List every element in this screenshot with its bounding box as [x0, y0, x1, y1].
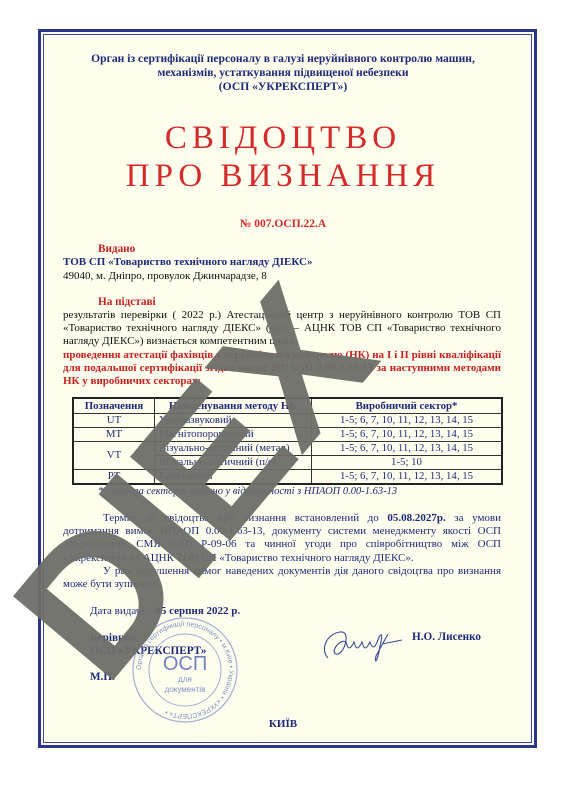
issued-label: Видано	[98, 243, 135, 255]
issued-address: 49040, м. Дніпро, провулок Джинчарадзе, …	[63, 270, 267, 283]
row-code: UT	[73, 414, 155, 428]
city: КИЇВ	[0, 718, 566, 730]
basis-scope: проведення атестації фахівців з неруйнів…	[63, 349, 501, 389]
issued-company: ТОВ СП «Товариство технічного нагляду ДІ…	[63, 256, 312, 269]
row-method: Візуально-оптичний (п/е)	[155, 456, 312, 470]
seal-label: М.П.	[90, 671, 115, 683]
basis-label: На підставі	[98, 296, 156, 308]
issuer-line-2: механізмів, устаткування підвищеної небе…	[40, 66, 526, 80]
row-method: Капілярний	[155, 470, 312, 485]
row-sectors: 1-5; 10	[312, 456, 503, 470]
certificate-title-line-2: ПРО ВИЗНАННЯ	[40, 158, 526, 194]
official-stamp: Орган із сертифікації персоналу • м.Київ…	[130, 615, 240, 725]
svg-text:ОСП: ОСП	[163, 653, 207, 675]
row-method: Магнітопорошковий	[155, 428, 312, 442]
row-method: Візуально-оптичний (метал)	[155, 442, 312, 456]
table-row: VT Візуально-оптичний (метал) 1-5; 6, 7,…	[73, 442, 502, 456]
col-header-code: Позначення	[73, 398, 155, 414]
issuer-line-3: (ОСП «УКРЕКСПЕРТ»)	[40, 80, 526, 94]
table-footnote: * - номера секторів вказано у відповідно…	[98, 486, 397, 497]
row-code: VT	[73, 442, 155, 470]
row-code: PT	[73, 470, 155, 485]
svg-text:документів: документів	[165, 685, 206, 694]
violation-paragraph: У разі порушення вимог наведених докумен…	[63, 565, 501, 591]
validity-paragraph: Термін дії свідоцтва про визнання встано…	[63, 512, 501, 565]
table-header-row: Позначення Найменування методу НК Виробн…	[73, 398, 502, 414]
table-row: MT Магнітопорошковий 1-5; 6, 7, 10, 11, …	[73, 428, 502, 442]
row-code: MT	[73, 428, 155, 442]
row-method: Ультразвуковий	[155, 414, 312, 428]
issuer-line-1: Орган із сертифікації персоналу в галузі…	[40, 52, 526, 66]
row-sectors: 1-5; 6, 7, 10, 11, 12, 13, 14, 15	[312, 470, 503, 485]
col-header-sectors: Виробничий сектор*	[312, 398, 503, 414]
col-header-method: Найменування методу НК	[155, 398, 312, 414]
certificate-title-line-1: СВІДОЦТВО	[40, 120, 526, 156]
basis-text: результатів перевірки ( 2022 р.) Атестац…	[63, 309, 501, 349]
table-row: PT Капілярний 1-5; 6, 7, 10, 11, 12, 13,…	[73, 470, 502, 485]
valid-until-date: 05.08.2027р.	[387, 512, 445, 524]
certificate-number: № 007.ОСП.22.А	[40, 218, 526, 230]
row-sectors: 1-5; 6, 7, 10, 11, 12, 13, 14, 15	[312, 428, 503, 442]
issuer-header: Орган із сертифікації персоналу в галузі…	[40, 52, 526, 94]
nk-methods-table: Позначення Найменування методу НК Виробн…	[72, 397, 503, 485]
signature-icon	[318, 620, 408, 670]
svg-text:для: для	[178, 675, 192, 684]
signer-name: Н.О. Лисенко	[412, 631, 481, 643]
validity-text-before: Термін дії свідоцтва про визнання встано…	[103, 512, 387, 524]
table-row: UT Ультразвуковий 1-5; 6, 7, 10, 11, 12,…	[73, 414, 502, 428]
row-sectors: 1-5; 6, 7, 10, 11, 12, 13, 14, 15	[312, 442, 503, 456]
row-sectors: 1-5; 6, 7, 10, 11, 12, 13, 14, 15	[312, 414, 503, 428]
